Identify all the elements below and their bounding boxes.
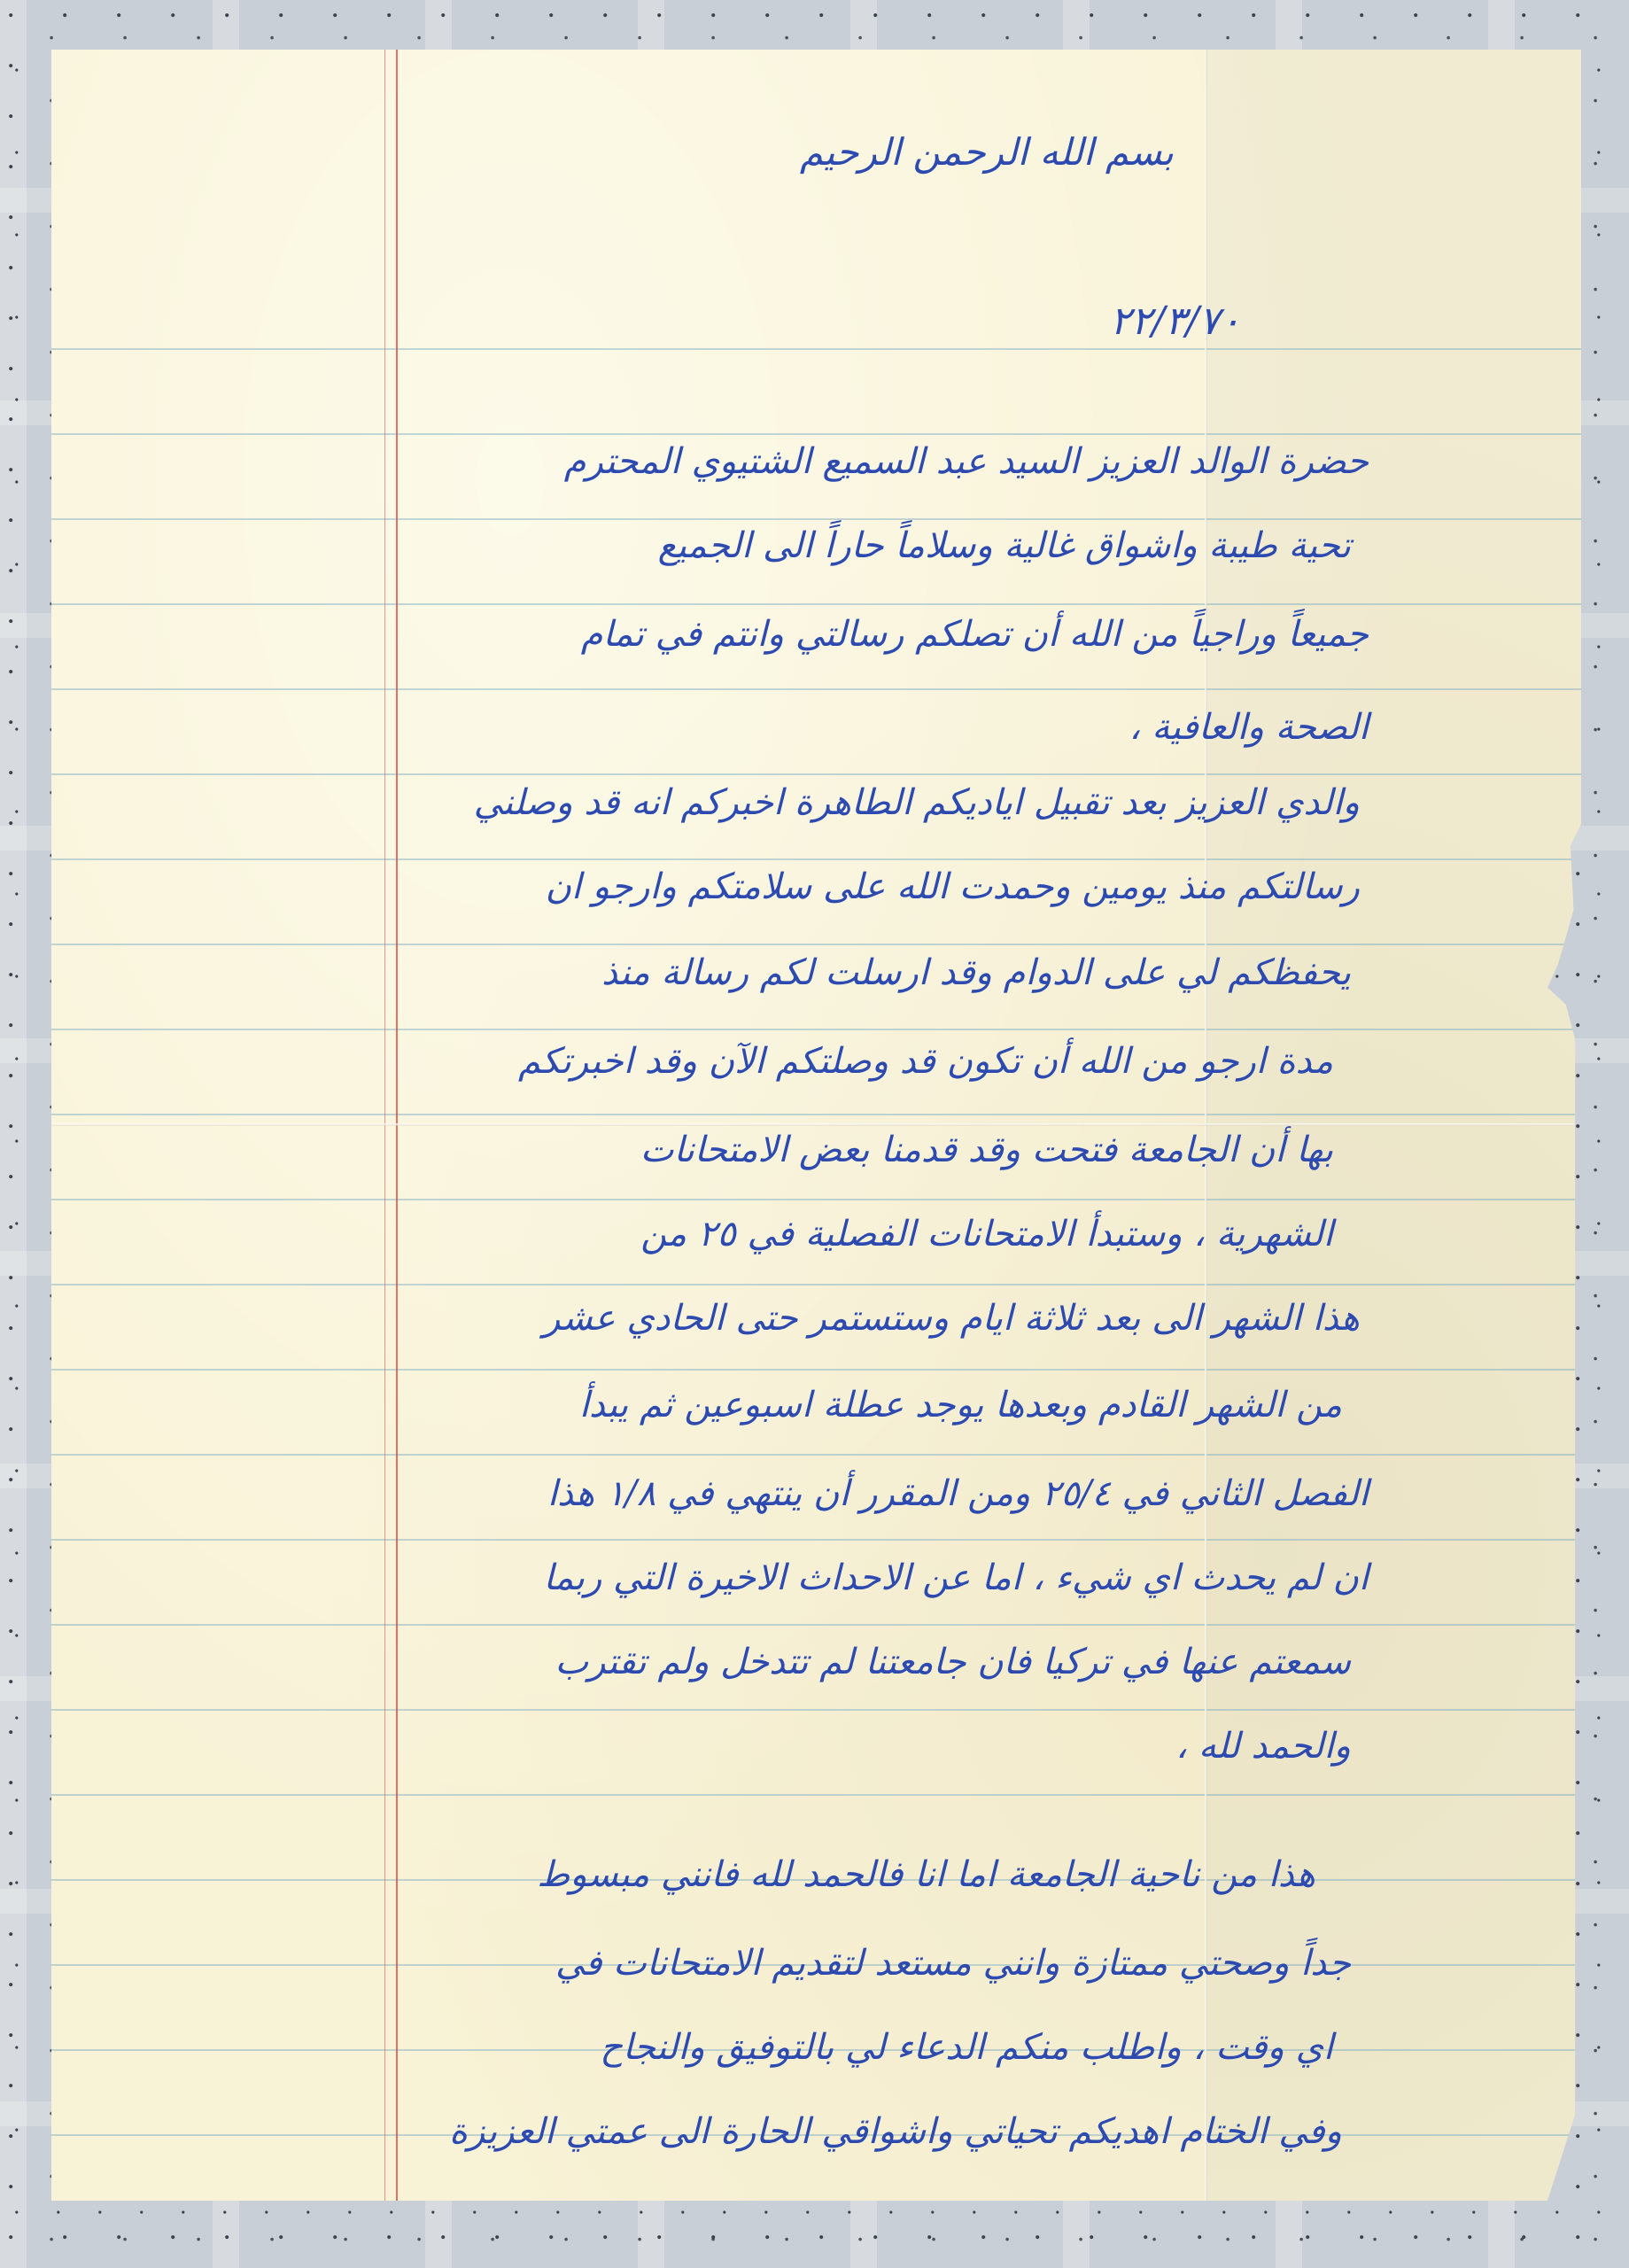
basmala: بسم الله الرحمن الرحيم bbox=[800, 134, 1174, 171]
letter-line: وفي الختام اهديكم تحياتي واشواقي الحارة … bbox=[449, 2114, 1342, 2149]
ruled-line bbox=[51, 1624, 1581, 1626]
ruled-line bbox=[51, 1709, 1581, 1711]
letter-line: سمعتم عنها في تركيا فان جامعتنا لم تتدخل… bbox=[555, 1644, 1351, 1680]
ruled-line bbox=[51, 1199, 1581, 1200]
ruled-line bbox=[51, 518, 1581, 520]
ruled-line bbox=[51, 1539, 1581, 1541]
ruled-line bbox=[51, 433, 1581, 435]
ruled-line bbox=[51, 603, 1581, 605]
letter-line: رسالتكم منذ يومين وحمدت الله على سلامتكم… bbox=[546, 869, 1360, 905]
letter-line: الفصل الثاني في ٢٥/٤ ومن المقرر أن ينتهي… bbox=[547, 1476, 1369, 1511]
ruled-line bbox=[51, 1794, 1581, 1796]
ruled-line bbox=[51, 1114, 1581, 1115]
ruled-line bbox=[51, 348, 1581, 350]
letter-line: هذا الشهر الى بعد ثلاثة ايام وستستمر حتى… bbox=[543, 1301, 1360, 1336]
letter-date: ٢٢/٣/٧٠ bbox=[1110, 302, 1241, 341]
letter-line: الصحة والعافية ، bbox=[1129, 710, 1369, 745]
ruled-line bbox=[51, 688, 1581, 690]
letter-line: يحفظكم لي على الدوام وقد ارسلت لكم رسالة… bbox=[601, 955, 1351, 990]
letter-line: مدة ارجو من الله أن تكون قد وصلتكم الآن … bbox=[518, 1044, 1333, 1079]
letter-line: والدي العزيز بعد تقبيل اياديكم الطاهرة ا… bbox=[474, 785, 1360, 820]
ruled-line bbox=[51, 1284, 1581, 1285]
ruled-line bbox=[51, 773, 1581, 775]
letter-line: والحمد لله ، bbox=[1175, 1728, 1351, 1764]
ruled-line bbox=[51, 1369, 1581, 1371]
letter-line: جداً وصحتي ممتازة وانني مستعد لتقديم الا… bbox=[555, 1946, 1351, 1981]
letter-line: تحية طيبة واشواق غالية وسلاماً حاراً الى… bbox=[658, 528, 1351, 563]
letter-line: اي وقت ، واطلب منكم الدعاء لي بالتوفيق و… bbox=[600, 2030, 1333, 2065]
letter-line: حضرة الوالد العزيز السيد عبد السميع الشت… bbox=[564, 444, 1369, 479]
ruled-line bbox=[51, 858, 1581, 860]
letter-line: الشهرية ، وستبدأ الامتحانات الفصلية في ٢… bbox=[640, 1216, 1333, 1252]
letter-line: هذا من ناحية الجامعة اما انا فالحمد لله … bbox=[537, 1857, 1315, 1892]
letter-paper: بسم الله الرحمن الرحيم ٢٢/٣/٧٠ حضرة الوا… bbox=[51, 50, 1581, 2201]
ruled-line bbox=[51, 1454, 1581, 1456]
ruled-line bbox=[51, 944, 1581, 945]
horizontal-fold bbox=[51, 1123, 1581, 1126]
letter-line: بها أن الجامعة فتحت وقد قدمنا بعض الامتح… bbox=[640, 1132, 1333, 1168]
ruled-line bbox=[51, 1029, 1581, 1030]
letter-line: ان لم يحدث اي شيء ، اما عن الاحداث الاخي… bbox=[544, 1560, 1369, 1596]
letter-line: من الشهر القادم وبعدها يوجد عطلة اسبوعين… bbox=[579, 1387, 1342, 1423]
letter-line: جميعاً وراجياً من الله أن تصلكم رسالتي و… bbox=[581, 617, 1369, 652]
